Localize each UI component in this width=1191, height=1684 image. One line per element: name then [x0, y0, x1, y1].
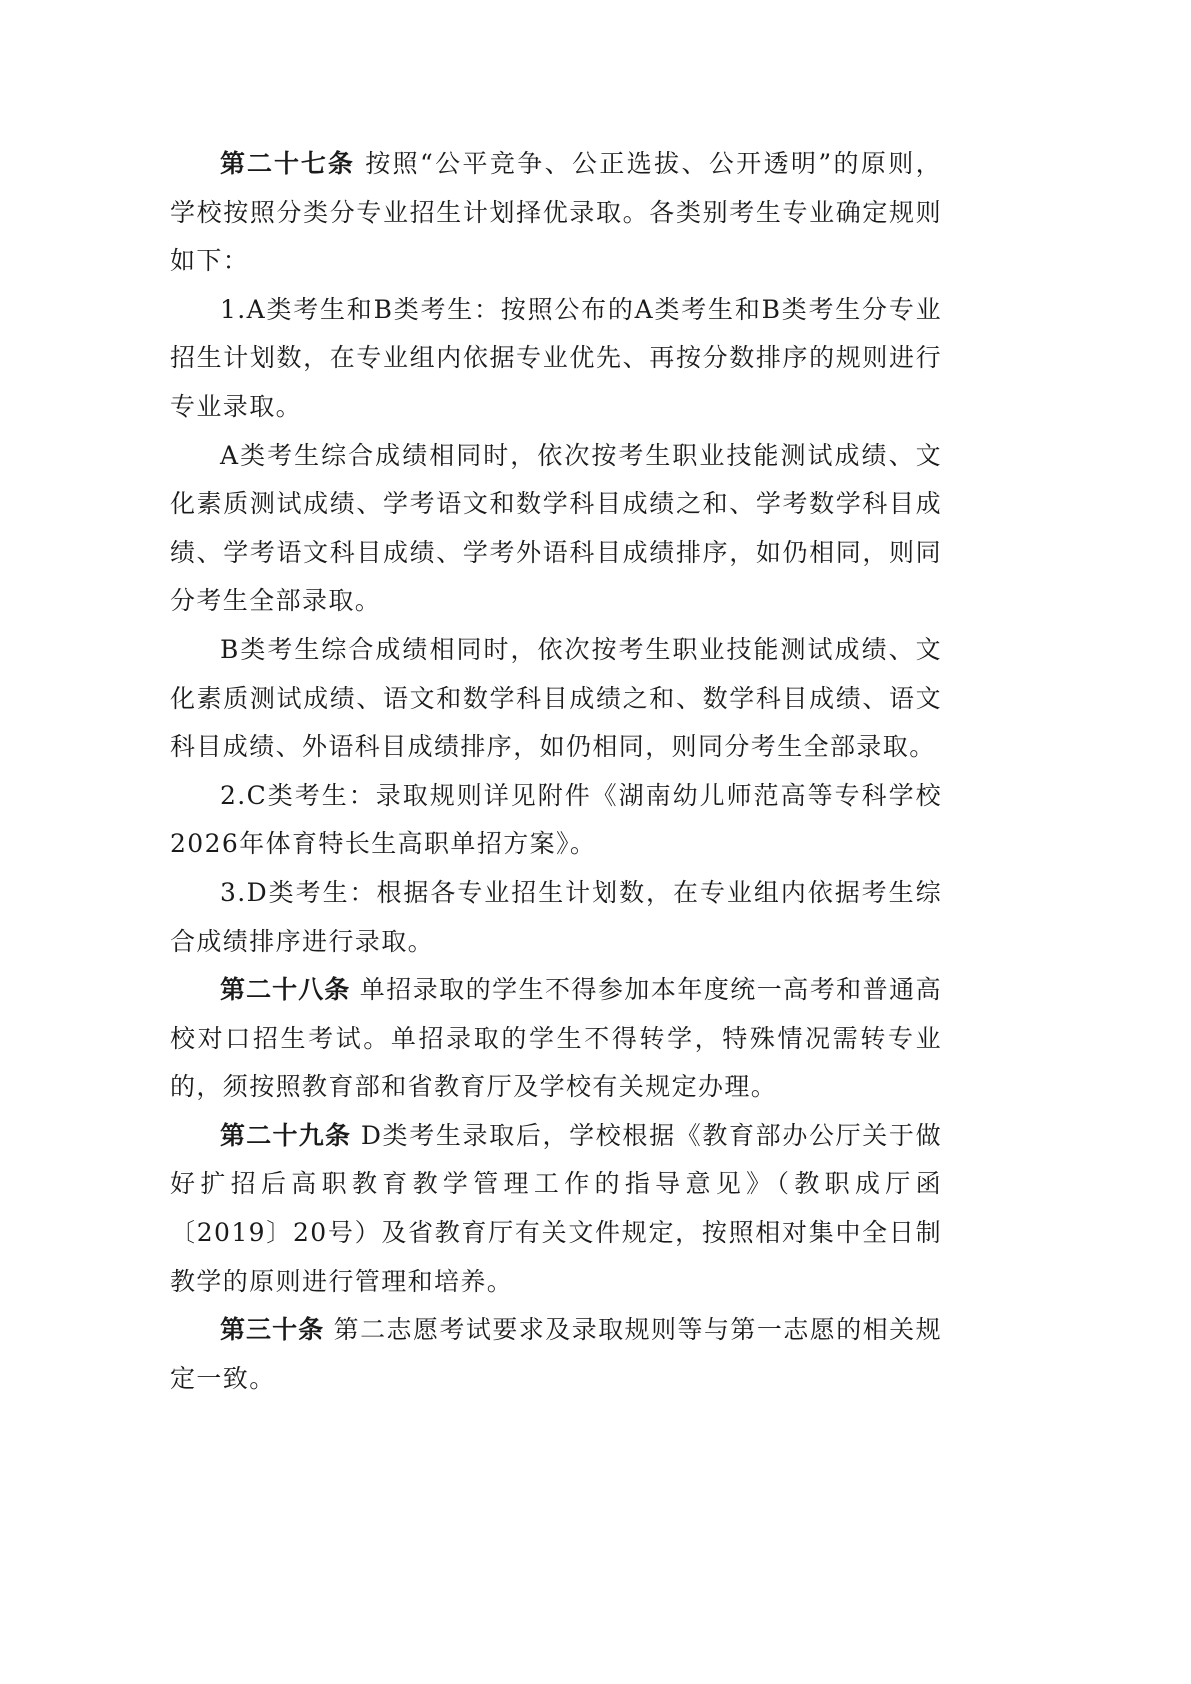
document-page: 第二十七条 按照“公平竞争、公正选拔、公开透明”的原则，学校按照分类分专业招生计…	[170, 140, 942, 1403]
paragraph-rule-a-tiebreak: A类考生综合成绩相同时，依次按考生职业技能测试成绩、文化素质测试成绩、学考语文和…	[170, 432, 942, 626]
article-heading: 第三十条	[220, 1315, 324, 1344]
paragraph-rule-b-tiebreak: B类考生综合成绩相同时，依次按考生职业技能测试成绩、文化素质测试成绩、语文和数学…	[170, 626, 942, 772]
paragraph-text: B类考生综合成绩相同时，依次按考生职业技能测试成绩、文化素质测试成绩、语文和数学…	[170, 635, 942, 761]
paragraph-article-27: 第二十七条 按照“公平竞争、公正选拔、公开透明”的原则，学校按照分类分专业招生计…	[170, 140, 942, 286]
paragraph-text: A类考生综合成绩相同时，依次按考生职业技能测试成绩、文化素质测试成绩、学考语文和…	[170, 441, 942, 616]
paragraph-text: 2.C类考生：录取规则详见附件《湖南幼儿师范高等专科学校2026年体育特长生高职…	[170, 781, 942, 859]
article-heading: 第二十七条	[220, 149, 355, 178]
paragraph-text: 3.D类考生：根据各专业招生计划数，在专业组内依据考生综合成绩排序进行录取。	[170, 878, 942, 956]
article-heading: 第二十九条	[220, 1121, 351, 1150]
article-heading: 第二十八条	[220, 975, 350, 1004]
paragraph-article-28: 第二十八条 单招录取的学生不得参加本年度统一高考和普通高校对口招生考试。单招录取…	[170, 966, 942, 1112]
paragraph-rule-2: 2.C类考生：录取规则详见附件《湖南幼儿师范高等专科学校2026年体育特长生高职…	[170, 772, 942, 869]
paragraph-article-29: 第二十九条 D类考生录取后，学校根据《教育部办公厅关于做好扩招后高职教育教学管理…	[170, 1112, 942, 1306]
paragraph-text: 1.A类考生和B类考生：按照公布的A类考生和B类考生分专业招生计划数，在专业组内…	[170, 295, 942, 421]
paragraph-article-30: 第三十条 第二志愿考试要求及录取规则等与第一志愿的相关规定一致。	[170, 1306, 942, 1403]
paragraph-rule-3: 3.D类考生：根据各专业招生计划数，在专业组内依据考生综合成绩排序进行录取。	[170, 869, 942, 966]
paragraph-rule-1: 1.A类考生和B类考生：按照公布的A类考生和B类考生分专业招生计划数，在专业组内…	[170, 286, 942, 432]
